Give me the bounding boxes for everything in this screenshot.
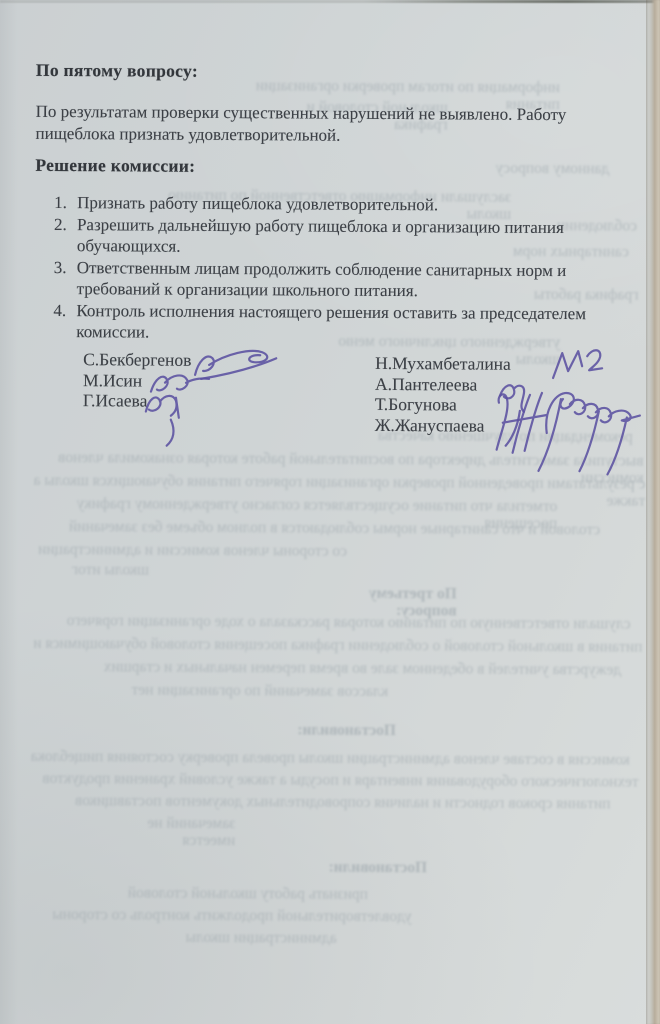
signatory-name: М.Исин [83, 370, 191, 391]
bleedthrough-line: со стороны членов комиссии и администрац… [7, 541, 347, 560]
decision-list: 1. Признать работу пищеблока удовлетвори… [53, 192, 586, 346]
summary-line: По результатам проверки существенных нар… [36, 101, 567, 126]
document-content: информация по итогам проверки организаци… [0, 0, 660, 1024]
item-number: 2. [54, 213, 77, 256]
bleedthrough-heading: Постановили: [330, 859, 427, 877]
item-line: Разрешить дальнейшую работу пищеблока и … [77, 214, 564, 238]
item-number: 1. [54, 192, 77, 214]
item-line: обучающихся. [77, 235, 564, 259]
item-line: Признать работу пищеблока удовлетворител… [77, 192, 438, 216]
item-line: Контроль исполнения настоящего решения о… [76, 300, 586, 325]
signatory-name: А.Пантелеева [375, 373, 511, 394]
item-number: 4. [53, 299, 76, 342]
item-line: требований к организации школьного питан… [77, 278, 567, 302]
bleedthrough-line: питания сроков годности и наличия сопров… [20, 792, 610, 813]
photographed-document-page: информация по итогам проверки организаци… [0, 0, 660, 1024]
bleedthrough-line: данному вопросу [491, 160, 609, 178]
bleedthrough-line: столовой и что санитарные нормы соблюдаю… [42, 518, 600, 538]
bleedthrough-line: комиссия в составе членов администрации … [14, 748, 630, 769]
bleedthrough-line: слушали ответственную по питанию которая… [29, 612, 631, 633]
signature-bekbergenov [195, 351, 276, 380]
signature-mukhambetalina [553, 350, 602, 378]
signatory-name: Т.Богунова [375, 394, 511, 415]
bleedthrough-line: технологического оборудования инвентаря … [11, 770, 639, 791]
bleedthrough-line: дежурства учителей в обеденном зале во в… [21, 658, 621, 679]
item-line: комиссии. [76, 321, 586, 346]
decision-item: 2. Разрешить дальнейшую работу пищеблока… [54, 213, 587, 259]
signatory-name: Н.Мухамбеталина [375, 353, 511, 374]
summary-paragraph: По результатам проверки существенных нар… [35, 101, 566, 148]
item-line: Ответственным лицам продолжить соблюдени… [77, 257, 567, 281]
bleedthrough-line: школы итог [59, 561, 149, 579]
bleedthrough-line: классов замечаний по организации нет [86, 681, 388, 700]
bleedthrough-line: признать работу школьной столовой [50, 884, 368, 903]
signatories-right-column: Н.Мухамбеталина А.Пантелеева Т.Богунова … [375, 353, 511, 436]
bleedthrough-line: замечаний не имеется [107, 814, 235, 849]
signatory-name: С.Бекбергенов [83, 349, 191, 370]
signatory-name: Ж.Жануспаева [375, 414, 511, 435]
summary-line: пищеблока признать удовлетворительной. [35, 123, 566, 148]
bleedthrough-line: удовлетворительной продолжить контроль с… [20, 906, 412, 925]
bleedthrough-heading: Постановили: [294, 721, 396, 739]
signatories-left-column: С.Бекбергенов М.Исин Г.Исаева [83, 349, 192, 411]
decision-item: 4. Контроль исполнения настоящего решени… [53, 299, 586, 345]
bleedthrough-line: питания в школьной столовой о соблюдении… [16, 635, 642, 656]
decision-item: 3. Ответственным лицам продолжить соблюд… [54, 256, 587, 302]
bleedthrough-line: администрации школы [135, 928, 337, 946]
section-heading: По пятому вопросу: [36, 60, 198, 82]
signatory-name: Г.Исаева [83, 390, 191, 411]
item-number: 3. [54, 256, 77, 299]
decision-heading: Решение комиссии: [35, 155, 195, 177]
